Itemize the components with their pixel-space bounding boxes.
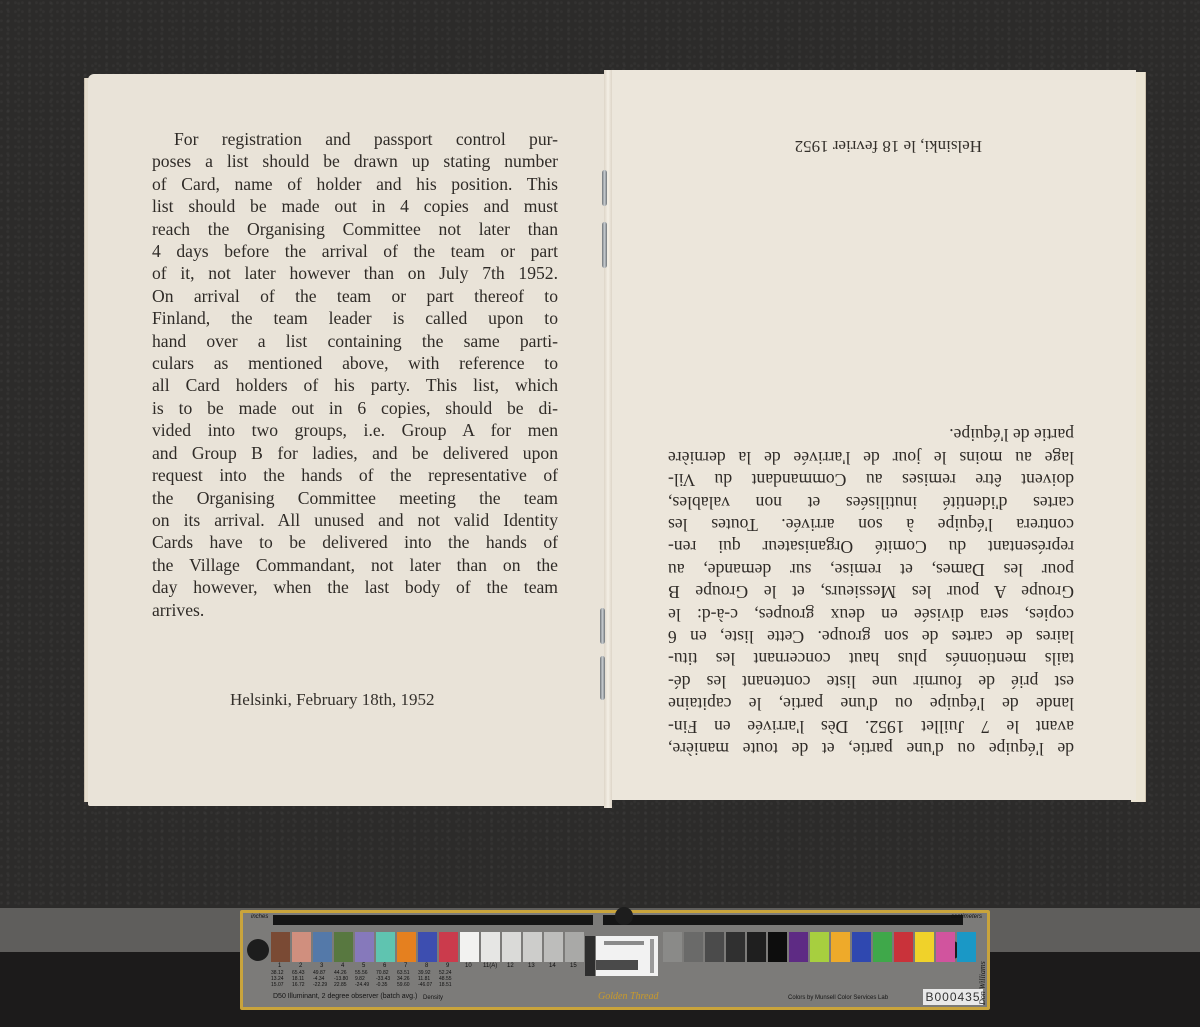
lab-values: 39.9211.81-46.07: [418, 970, 438, 988]
brand-golden-thread: Golden Thread: [598, 991, 658, 1002]
swatch-15: [565, 932, 584, 962]
text-line: pour les Dames, et remise, sur demande, …: [668, 558, 1074, 580]
text-line: copies, sera divisée en deux groupes, c-…: [668, 603, 1074, 625]
text-line: is to be made out in 6 copies, should be…: [152, 397, 558, 419]
swatch-label: 13: [528, 963, 535, 969]
text-line: représentant du Comité Organisateur qui …: [668, 536, 1074, 558]
swatch-16: [663, 932, 682, 962]
text-line: on its arrival. All unused and not valid…: [152, 509, 558, 531]
signature-don-williams: Don Williams: [978, 961, 987, 1005]
swatch-30: [957, 932, 976, 962]
swatch-label: 7: [404, 963, 407, 969]
swatch-23: [810, 932, 829, 962]
lab-values: 49.87-4.34-22.29: [313, 970, 333, 988]
text-line: day however, when the last body of the t…: [152, 576, 558, 598]
lab-values: 70.82-33.43-0.35: [376, 970, 396, 988]
target-id: B000435: [923, 989, 983, 1005]
staple-icon: [602, 170, 607, 206]
text-line: all Card holders of his party. This list…: [152, 374, 558, 396]
text-line: the Village Commandant, not later than o…: [152, 554, 558, 576]
swatch-label: 9: [446, 963, 449, 969]
left-page: For registration and passport control pu…: [88, 74, 608, 806]
grey-wedge: [585, 936, 595, 976]
swatch-label: 12: [507, 963, 514, 969]
right-page-upside-down: de l'équipe ou d'une partie, et de toute…: [608, 70, 1136, 800]
swatch-label: 1: [278, 963, 281, 969]
left-page-body: For registration and passport control pu…: [152, 128, 558, 621]
ruler-inches-label: inches: [251, 914, 268, 920]
lab-values: 44.26-13.8022.85: [334, 970, 354, 988]
text-line: reach the Organising Committee not later…: [152, 218, 558, 240]
ruler-inches: [273, 915, 593, 925]
lab-values: 52.2448.5518.51: [439, 970, 459, 988]
text-line: Finland, the team leader is called upon …: [152, 307, 558, 329]
lab-values: 38.1213.2415.07: [271, 970, 291, 988]
right-page-signature: Helsinki, le 18 fevrier 1952: [795, 136, 982, 156]
swatch-label: 10: [465, 963, 472, 969]
text-line: cartes d'identité inutilisées et non val…: [668, 491, 1074, 513]
swatch-11: [481, 932, 500, 962]
swatch-29: [936, 932, 955, 962]
swatch-26: [873, 932, 892, 962]
registration-hole-icon: [247, 939, 269, 961]
text-line: est prié de fournir une liste contenant …: [668, 670, 1074, 692]
text-line: On arrival of the team or part thereof t…: [152, 285, 558, 307]
text-line: laires de cartes de son groupe. Cette li…: [668, 626, 1074, 648]
ruler-centimeters: [603, 915, 963, 925]
swatch-9: [439, 932, 458, 962]
swatch-22: [789, 932, 808, 962]
text-line: and Group B for ladies, and be delivered…: [152, 442, 558, 464]
swatch-19: [726, 932, 745, 962]
swatch-27: [894, 932, 913, 962]
text-line: hand over a list containing the same par…: [152, 330, 558, 352]
swatch-6: [376, 932, 395, 962]
booklet: For registration and passport control pu…: [84, 70, 1146, 808]
density-label: Density: [423, 995, 443, 1001]
text-line: vided into two groups, i.e. Group A for …: [152, 419, 558, 441]
swatch-label: 4: [341, 963, 344, 969]
staple-icon: [602, 222, 607, 268]
swatch-24: [831, 932, 850, 962]
swatch-5: [355, 932, 374, 962]
text-line: of it, not later however than on July 7t…: [152, 262, 558, 284]
swatch-label: 8: [425, 963, 428, 969]
swatch-8: [418, 932, 437, 962]
swatch-row-left: [271, 932, 584, 962]
swatch-3: [313, 932, 332, 962]
swatch-7: [397, 932, 416, 962]
text-line: the Organising Committee meeting the tea…: [152, 487, 558, 509]
staple-icon: [600, 608, 605, 644]
text-line: culars as mentioned above, with referenc…: [152, 352, 558, 374]
text-line: list should be made out in 4 copies and …: [152, 195, 558, 217]
swatch-label: 3: [320, 963, 323, 969]
staple-icon: [600, 656, 605, 700]
text-line: doivent être remises au Commandant du Vi…: [668, 469, 1074, 491]
swatch-2: [292, 932, 311, 962]
swatch-label: 6: [383, 963, 386, 969]
swatch-17: [684, 932, 703, 962]
swatch-4: [334, 932, 353, 962]
left-page-signature: Helsinki, February 18th, 1952: [230, 690, 434, 710]
swatch-13: [523, 932, 542, 962]
text-line: of Card, name of holder and his position…: [152, 173, 558, 195]
swatch-14: [544, 932, 563, 962]
text-line: lage au moins le jour de l'arrivée de la…: [668, 446, 1074, 468]
text-line: Cards have to be delivered into the hand…: [152, 531, 558, 553]
swatch-label: 2: [299, 963, 302, 969]
swatch-18: [705, 932, 724, 962]
text-line: 4 days before the arrival of the team or…: [152, 240, 558, 262]
lab-values: 65.4318.1116.72: [292, 970, 312, 988]
text-line: For registration and passport control pu…: [152, 128, 558, 150]
swatch-12: [502, 932, 521, 962]
lab-values: 63.5134.2659.60: [397, 970, 417, 988]
text-line: de l'équipe ou d'une partie, et de toute…: [668, 738, 1074, 760]
swatch-10: [460, 932, 479, 962]
text-line: partie de l'équipe.: [668, 424, 1074, 446]
color-checker-target: inches centimeters: [240, 910, 990, 1010]
lab-values: 55.569.82-24.49: [355, 970, 375, 988]
swatch-1: [271, 932, 290, 962]
right-page-body: de l'équipe ou d'une partie, et de toute…: [668, 424, 1074, 760]
munsell-credit: Colors by Munsell Color Services Lab: [788, 995, 888, 1001]
registration-hole-icon: [615, 907, 633, 925]
swatch-label: 5: [362, 963, 365, 969]
text-line: lande de l'équipe ou d'une partie, le ca…: [668, 693, 1074, 715]
swatch-label: 14: [549, 963, 556, 969]
resolution-target: [596, 936, 658, 976]
text-line: contrera l'équipe à son arrivée. Toutes …: [668, 514, 1074, 536]
text-line: avant le 7 Juillet 1952. Dès l'arrivée e…: [668, 715, 1074, 737]
ruler-cm-label: centimeters: [951, 914, 982, 920]
swatch-label: 11(A): [483, 963, 497, 969]
text-line: request into the hands of the representa…: [152, 464, 558, 486]
swatch-20: [747, 932, 766, 962]
illuminant-caption: D50 Illuminant, 2 degree observer (batch…: [273, 993, 417, 1000]
swatch-row-right: [663, 932, 976, 962]
swatch-25: [852, 932, 871, 962]
text-line: Groupe A pour les Messieurs, et le Group…: [668, 581, 1074, 603]
swatch-21: [768, 932, 787, 962]
swatch-label: 15: [570, 963, 577, 969]
swatch-28: [915, 932, 934, 962]
text-line: poses a list should be drawn up stating …: [152, 150, 558, 172]
text-line: tails mentionnés plus haut concernant le…: [668, 648, 1074, 670]
text-line: arrives.: [152, 599, 558, 621]
